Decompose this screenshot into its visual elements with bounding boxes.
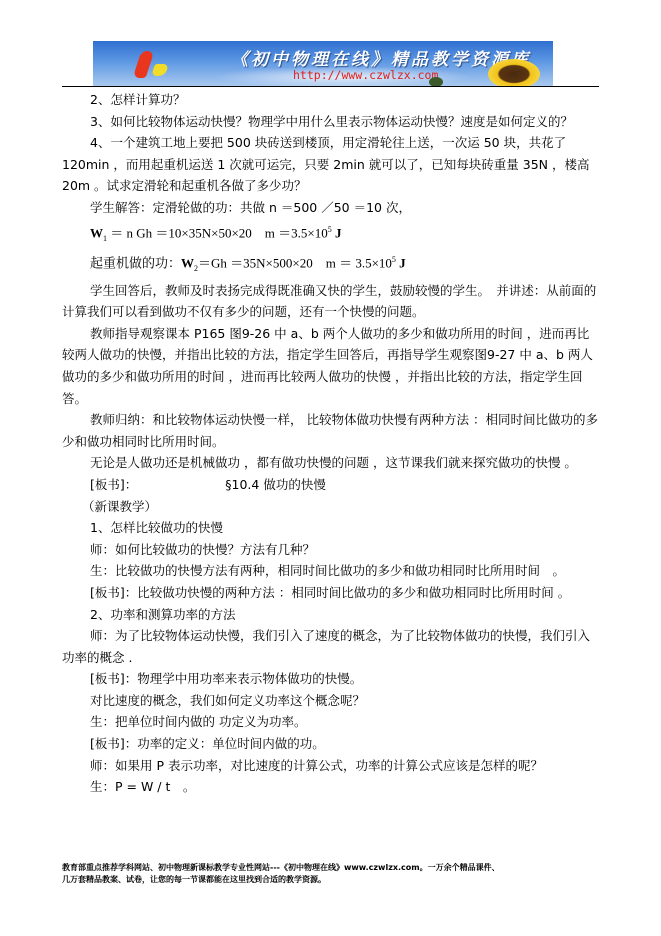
w1-expression: ＝ n Gh ＝10×35N×50×20 m ＝3.5×10: [107, 225, 328, 240]
formula-w2: 起重机做的功：W2＝Gh ＝35N×500×20 m ＝ 3.5×105 J: [62, 249, 599, 280]
w2-prefix: 起重机做的功：: [90, 255, 181, 270]
student-answer-intro: 学生解答：定滑轮做的功：共做 n ＝500 ／50 ＝10 次，: [62, 197, 599, 219]
formula-w1: W1 ＝ n Gh ＝10×35N×50×20 m ＝3.5×105 J: [62, 219, 599, 250]
section-1-teacher: 师：如何比较做功的快慢？方法有几种？: [62, 539, 599, 561]
section-1-title: 1、怎样比较做功的快慢: [62, 517, 599, 539]
section-2-teacher: 师：为了比较物体运动快慢，我们引入了速度的概念，为了比较物体做功的快慢，我们引入…: [62, 625, 599, 668]
new-lesson-heading: （新课教学）: [62, 496, 599, 518]
footer-line-2: 几万套精品教案、试卷，让您的每一节课都能在这里找到合适的教学资源。: [62, 874, 599, 886]
page-footer: 教育部重点推荐学科网站、初中物理新课标教学专业性网站---《初中物理在线》www…: [62, 862, 599, 886]
section-2-teacher-2: 师：如果用 P 表示功率，对比速度的计算公式，功率的计算公式应该是怎样的呢？: [62, 755, 599, 777]
header-banner: 《初中物理在线》精品教学资源库 http://www.czwlzx.com: [93, 41, 553, 86]
logo-icon: [133, 51, 155, 78]
leaf-icon: [429, 77, 443, 86]
banner-url[interactable]: http://www.czwlzx.com: [293, 68, 438, 82]
board-title: [板书]：§10.4 做功的快慢: [62, 474, 599, 496]
section-2-board-1: [板书]：物理学中用功率来表示物体做功的快慢。: [62, 668, 599, 690]
w2-symbol: W: [181, 255, 194, 270]
banner-title: 《初中物理在线》精品教学资源库: [231, 45, 531, 70]
question-2: 2、怎样计算功？: [62, 89, 599, 111]
w1-symbol: W: [90, 225, 103, 240]
question-4: 4、一个建筑工地上要把 500 块砖送到楼顶，用定滑轮往上送，一次运 50 块，…: [62, 132, 599, 197]
summary-paragraph: 教师归纳：和比较物体运动快慢一样， 比较物体做功快慢有两种方法 ：相同时间比做功…: [62, 409, 599, 452]
question-3: 3、如何比较物体运动快慢？物理学中用什么里表示物体运动快慢？速度是如何定义的？: [62, 111, 599, 133]
intro-paragraph: 无论是人做功还是机械做功 ，都有做功快慢的问题 ，这节课我们就来探究做功的快慢 …: [62, 452, 599, 474]
footer-line-1: 教育部重点推荐学科网站、初中物理新课标教学专业性网站---《初中物理在线》www…: [62, 862, 599, 874]
section-2-student-2: 生：P = W / t 。: [62, 776, 599, 798]
praise-paragraph: 学生回答后，教师及时表扬完成得既准确又快的学生，鼓励较慢的学生。 并讲述：从前面…: [62, 280, 599, 323]
w1-unit: J: [332, 225, 342, 240]
section-2-board-2: [板书]：功率的定义：单位时间内做的功。: [62, 733, 599, 755]
logo-accent-icon: [151, 64, 169, 76]
section-1-board: [板书]：比较做功快慢的两种方法 ：相同时间比做功的多少和做功相同时比所用时间 …: [62, 582, 599, 604]
board-title-text: §10.4 做功的快慢: [225, 477, 326, 492]
section-1-student: 生：比较做功的快慢方法有两种，相同时间比做功的多少和做功相同时比所用时间 。: [62, 560, 599, 582]
guide-paragraph: 教师指导观察课本 P165 图9-26 中 a、b 两个人做功的多少和做功所用的…: [62, 323, 599, 409]
w2-expression: ＝Gh ＝35N×500×20 m ＝ 3.5×10: [198, 255, 392, 270]
section-2-question: 对比速度的概念，我们如何定义功率这个概念呢？: [62, 690, 599, 712]
document-body: 2、怎样计算功？ 3、如何比较物体运动快慢？物理学中用什么里表示物体运动快慢？速…: [62, 89, 599, 798]
section-2-title: 2、功率和测算功率的方法: [62, 604, 599, 626]
w2-unit: J: [396, 255, 406, 270]
board-title-label: [板书]：: [90, 477, 137, 492]
section-2-student-1: 生：把单位时间内做的 功定义为功率。: [62, 711, 599, 733]
header-rule: [62, 86, 599, 87]
sunflower-icon: [488, 59, 540, 86]
